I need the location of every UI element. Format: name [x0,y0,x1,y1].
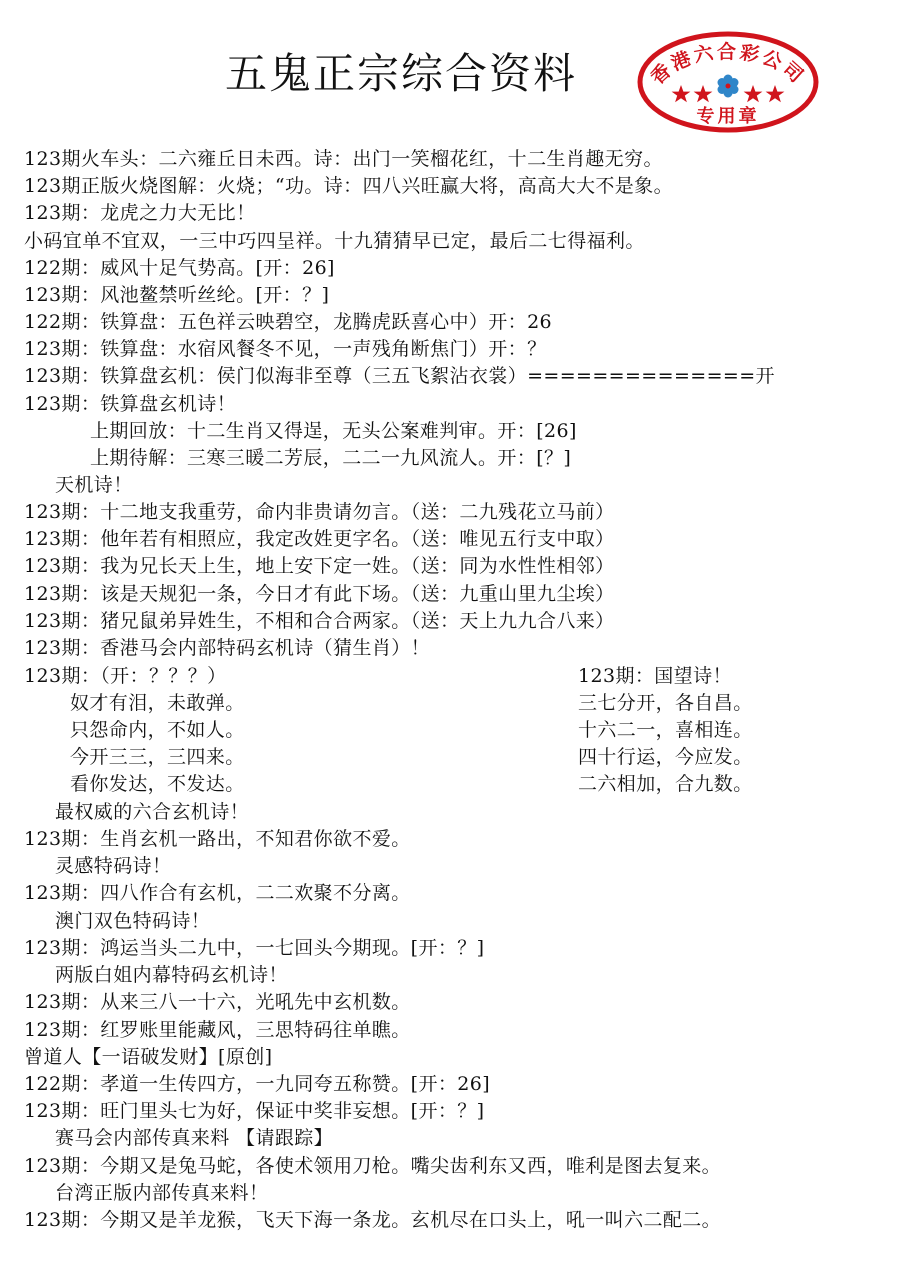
text-line: 小码宜单不宜双，一三中巧四呈祥。十九猜猜早已定，最后二七得福利。 [24,228,645,254]
text-line: 123期火车头：二六雍丘日未西。诗：出门一笑榴花红，十二生肖趣无穷。 [24,146,663,172]
text-line: 看你发达，不发达。 [70,771,245,797]
text-line: 123期：猪兄鼠弟异姓生，不相和合合两家。（送：天上九九合八来） [24,608,615,634]
text-line: 123期：该是天规犯一条，今日才有此下场。（送：九重山里九尘埃） [24,581,615,607]
text-line: 天机诗！ [55,472,133,498]
text-line: 123期：四八作合有玄机，二二欢聚不分离。 [24,880,411,906]
poem-line: 二六相加，合九数。 [578,771,753,797]
text-line: 123期：他年若有相照应，我定改姓更字名。（送：唯见五行支中取） [24,526,615,552]
flower-emblem-icon [718,75,739,98]
text-line: 上期待解：三寒三暖二芳辰，二二一九风流人。开：[？] [90,445,571,471]
text-line: 123期：生肖玄机一路出，不知君你欲不爱。 [24,826,411,852]
text-line: 只怨命内，不如人。 [70,717,245,743]
text-line: 123期：风池鳌禁听丝纶。[开：？] [24,282,329,308]
text-line: 今开三三，三四来。 [70,744,245,770]
text-line: 123期：鸿运当头二九中，一七回头今期现。[开：？] [24,935,485,961]
text-line: 122期：铁算盘：五色祥云映碧空，龙腾虎跃喜心中）开：26 [24,309,552,335]
text-line: 台湾正版内部传真来料！ [55,1180,268,1206]
text-line: 122期：孝道一生传四方，一九同夸五称赞。[开：26] [24,1071,490,1097]
text-line: 灵感特码诗！ [55,853,171,879]
text-line: 123期：香港马会内部特码玄机诗（猜生肖）！ [24,635,430,661]
text-line: 123期：今期又是兔马蛇，各使术领用刀枪。嘴尖齿利东又西，唯利是图去复来。 [24,1153,721,1179]
text-line: 123期：红罗账里能藏风，三思特码往单瞧。 [24,1017,411,1043]
text-line: 123期：铁算盘：水宿风餐冬不见，一声残角断焦门）开：？ [24,336,546,362]
text-line: 123期：（开：？？？） [24,663,227,689]
text-line: 122期：威风十足气势高。[开：26] [24,255,335,281]
poem-line: 四十行运，今应发。 [578,744,753,770]
text-line: 123期：十二地支我重劳，命内非贵请勿言。（送：二九残花立马前） [24,499,615,525]
page-title: 五鬼正宗综合资料 [225,44,615,104]
poem-line: 123期：国望诗！ [578,663,732,689]
text-line: 123期：铁算盘玄机：侯门似海非至尊（三五飞絮沾衣裳）=============… [24,363,775,389]
text-line: 123期：旺门里头七为好，保证中奖非妄想。[开：？] [24,1098,485,1124]
text-line: 123期：从来三八一十六，光吼先中玄机数。 [24,989,411,1015]
poem-line: 十六二一，喜相连。 [578,717,753,743]
text-line: 123期：龙虎之力大无比！ [24,200,255,226]
text-line: 123期：今期又是羊龙猴，飞天下海一条龙。玄机尽在口头上，吼一叫六二配二。 [24,1207,721,1233]
stamp-bottom-text: 专用章 [697,105,760,127]
text-line: 曾道人【一语破发财】[原创] [24,1044,272,1070]
text-line: 上期回放：十二生肖又得逞，无头公案难判审。开：[26] [90,418,577,444]
text-line: 最权威的六合玄机诗！ [55,799,249,825]
text-line: 123期：铁算盘玄机诗！ [24,391,236,417]
text-line: 奴才有泪，未敢弹。 [70,690,245,716]
poem-line: 三七分开，各自昌。 [578,690,753,716]
company-seal-stamp: 香港六合彩公司 专用章 [636,30,820,134]
text-line: 澳门双色特码诗！ [55,908,210,934]
text-line: 123期：我为兄长天上生，地上安下定一姓。（送：同为水性性相邻） [24,553,615,579]
text-line: 赛马会内部传真来料 【请跟踪】 [55,1125,333,1151]
text-line: 两版白姐内幕特码玄机诗！ [55,962,288,988]
text-line: 123期正版火烧图解：火烧；“功。诗：四八兴旺赢大将，高高大大不是象。 [24,173,673,199]
